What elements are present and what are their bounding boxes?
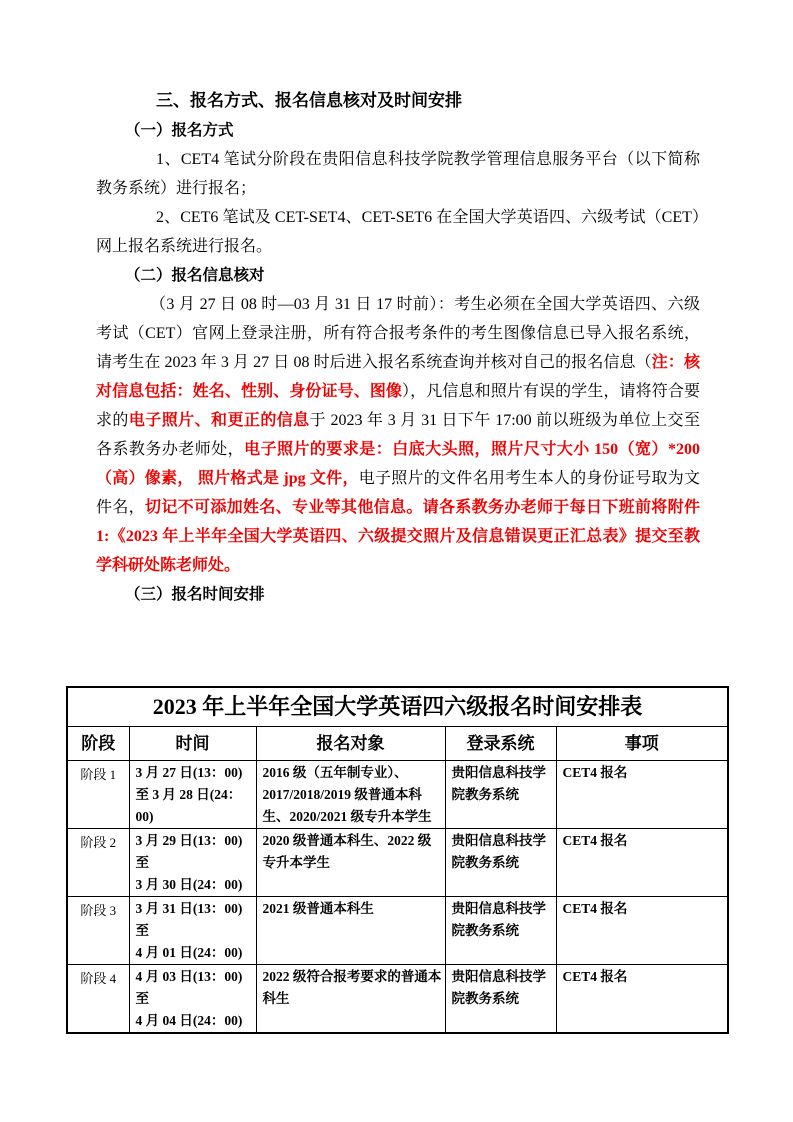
paragraph-registration-method-2: 2、CET6 笔试及 CET-SET4、CET-SET6 在全国大学英语四、六级…	[96, 203, 700, 261]
cell-time: 3 月 29 日(13：00)至 3 月 30 日(24：00)	[129, 829, 256, 897]
cell-time: 3 月 31 日(13：00)至 4 月 01 日(24：00)	[129, 897, 256, 965]
cell-target: 2021 级普通本科生	[256, 897, 445, 965]
cell-stage: 阶段 2	[67, 829, 129, 897]
text-run: （3 月 27 日 08 时—03 月 31 日 17 时前）：考生必须在全国大…	[96, 296, 700, 371]
subsection-heading-info-check: （二）报名信息核对	[96, 261, 700, 290]
paragraph-info-check: （3 月 27 日 08 时—03 月 31 日 17 时前）：考生必须在全国大…	[96, 290, 700, 580]
subsection-heading-schedule: （三）报名时间安排	[96, 580, 700, 609]
schedule-table: 2023 年上半年全国大学英语四六级报名时间安排表 阶段 时间 报名对象 登录系…	[66, 686, 729, 1034]
cell-item: CET4 报名	[556, 965, 728, 1034]
cell-target: 2022 级符合报考要求的普通本科生	[256, 965, 445, 1034]
document-body: 三、报名方式、报名信息核对及时间安排 （一）报名方式 1、CET4 笔试分阶段在…	[96, 86, 700, 609]
document-page: 三、报名方式、报名信息核对及时间安排 （一）报名方式 1、CET4 笔试分阶段在…	[0, 0, 793, 1122]
schedule-table-container: 2023 年上半年全国大学英语四六级报名时间安排表 阶段 时间 报名对象 登录系…	[66, 686, 729, 1034]
cell-item: CET4 报名	[556, 897, 728, 965]
column-header-stage: 阶段	[67, 727, 129, 761]
column-header-item: 事项	[556, 727, 728, 761]
cell-stage: 阶段 4	[67, 965, 129, 1034]
column-header-system: 登录系统	[445, 727, 556, 761]
cell-system: 贵阳信息科技学院教务系统	[445, 761, 556, 829]
cell-time: 4 月 03 日(13：00)至 4 月 04 日(24：00)	[129, 965, 256, 1034]
table-row: 阶段 4 4 月 03 日(13：00)至 4 月 04 日(24：00) 20…	[67, 965, 728, 1034]
table-row: 阶段 3 3 月 31 日(13：00)至 4 月 01 日(24：00) 20…	[67, 897, 728, 965]
subsection-heading-registration-method: （一）报名方式	[96, 116, 700, 145]
cell-stage: 阶段 1	[67, 761, 129, 829]
cell-item: CET4 报名	[556, 761, 728, 829]
cell-system: 贵阳信息科技学院教务系统	[445, 829, 556, 897]
cell-stage: 阶段 3	[67, 897, 129, 965]
table-row: 阶段 1 3 月 27 日(13：00) 至 3 月 28 日(24：00) 2…	[67, 761, 728, 829]
table-title: 2023 年上半年全国大学英语四六级报名时间安排表	[67, 687, 728, 727]
cell-target: 2016 级（五年制专业）、2017/2018/2019 级普通本科生、2020…	[256, 761, 445, 829]
text-run: 切记不可添加姓名、专业等其他信息。请各系教务办老师于每日下班前将附件 1:《20…	[96, 499, 700, 574]
text-run: 电子照片、和更正的信息	[129, 412, 310, 429]
column-header-time: 时间	[129, 727, 256, 761]
table-row: 阶段 2 3 月 29 日(13：00)至 3 月 30 日(24：00) 20…	[67, 829, 728, 897]
cell-time: 3 月 27 日(13：00) 至 3 月 28 日(24：00)	[129, 761, 256, 829]
section-heading: 三、报名方式、报名信息核对及时间安排	[96, 86, 700, 116]
cell-target: 2020 级普通本科生、2022 级专升本学生	[256, 829, 445, 897]
cell-system: 贵阳信息科技学院教务系统	[445, 965, 556, 1034]
table-title-row: 2023 年上半年全国大学英语四六级报名时间安排表	[67, 687, 728, 727]
column-header-target: 报名对象	[256, 727, 445, 761]
cell-system: 贵阳信息科技学院教务系统	[445, 897, 556, 965]
table-header-row: 阶段 时间 报名对象 登录系统 事项	[67, 727, 728, 761]
paragraph-registration-method-1: 1、CET4 笔试分阶段在贵阳信息科技学院教学管理信息服务平台（以下简称教务系统…	[96, 145, 700, 203]
cell-item: CET4 报名	[556, 829, 728, 897]
